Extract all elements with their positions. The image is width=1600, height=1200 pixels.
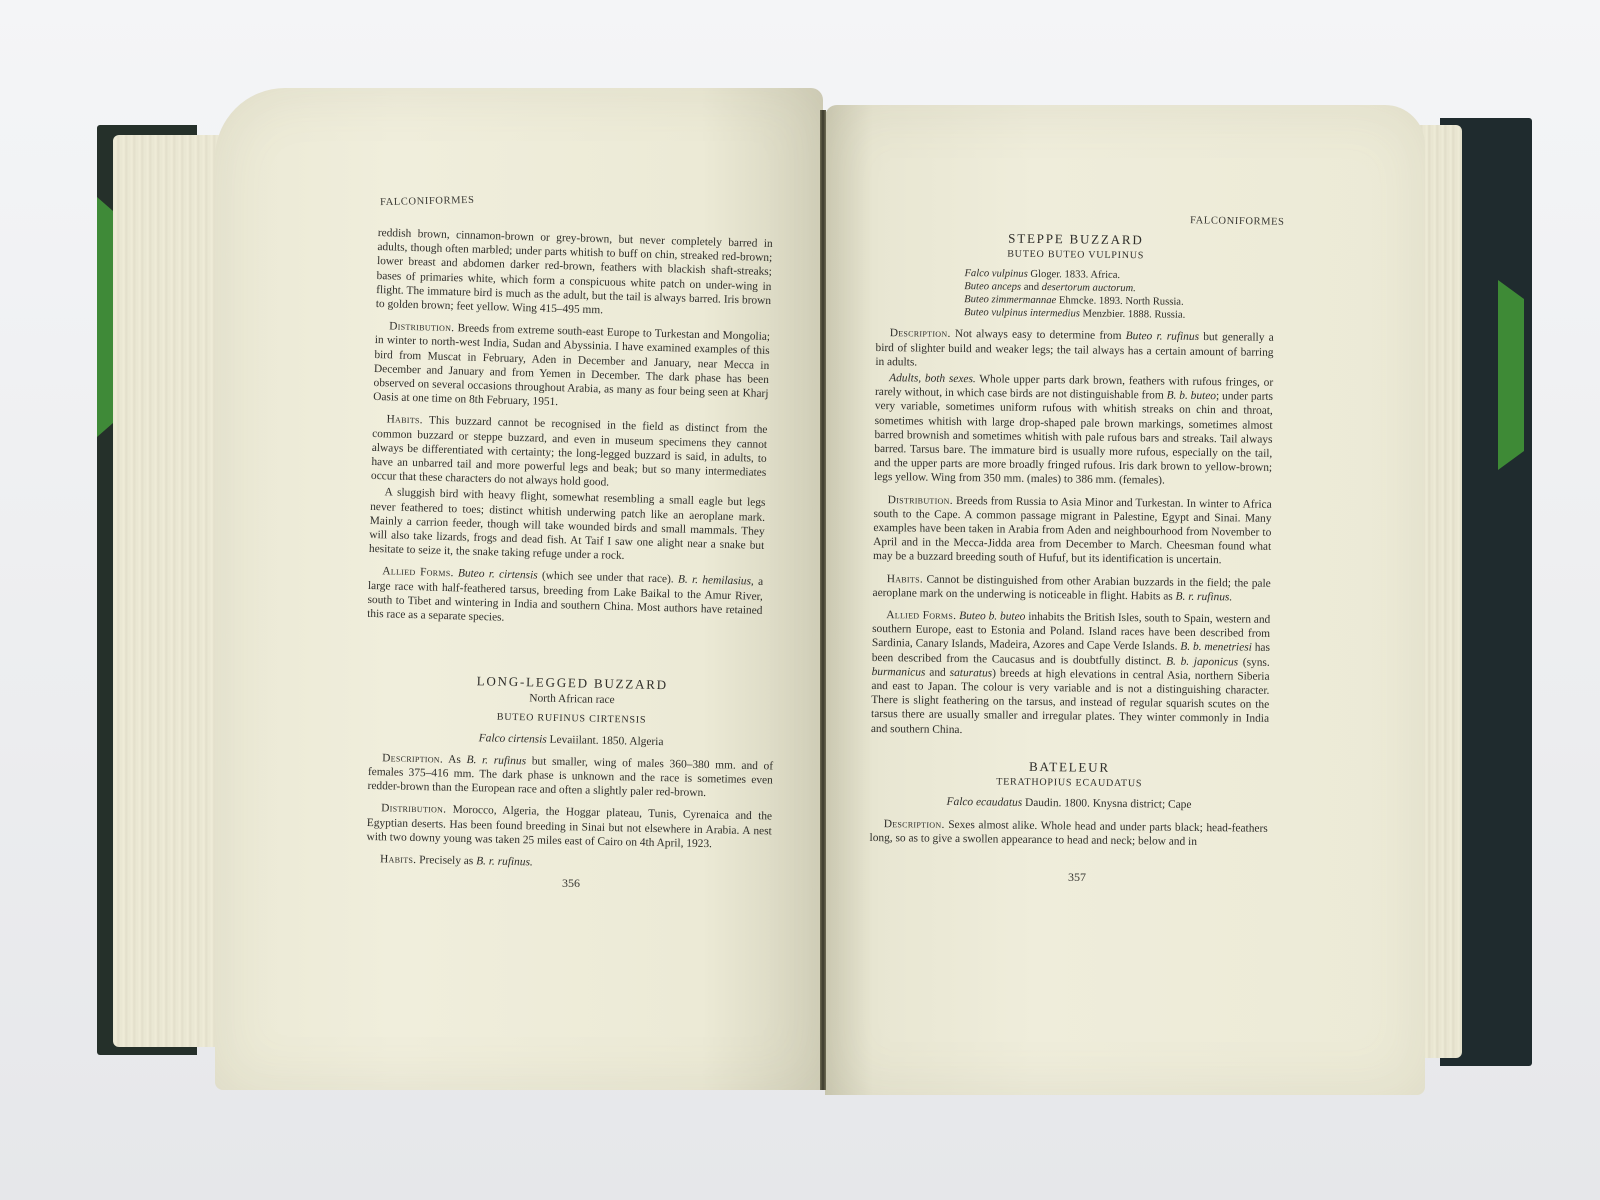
- description-paragraph-bateleur: Description. Sexes almost alike. Whole h…: [869, 816, 1267, 849]
- allied-forms-paragraph: Allied Forms. Buteo r. cirtensis (which …: [367, 564, 763, 632]
- book-gutter: [820, 110, 826, 1090]
- habits-paragraph: Habits. This buzzard cannot be recognise…: [371, 412, 768, 494]
- distribution-paragraph-2: Distribution. Morocco, Algeria, the Hogg…: [366, 801, 772, 852]
- left-page-body-top: reddish brown, cinnamon-brown or grey-br…: [367, 226, 773, 640]
- description-paragraph: Description. As B. r. rufinus but smalle…: [367, 751, 773, 802]
- distribution-paragraph: Distribution. Breeds from extreme south-…: [373, 319, 770, 415]
- distribution-paragraph-steppe: Distribution. Breeds from Russia to Asia…: [873, 493, 1272, 569]
- page-number-left: 356: [562, 876, 580, 891]
- scientific-name-bateleur: TERATHOPIUS ECAUDATUS: [870, 774, 1268, 793]
- spine-band-right: [1498, 280, 1524, 470]
- scientific-name-steppe: BUTEO BUTEO VULPINUS: [877, 246, 1275, 265]
- running-head-left: FALCONIFORMES: [380, 195, 475, 208]
- right-page-body: STEPPE BUZZARD BUTEO BUTEO VULPINUS Falc…: [869, 230, 1275, 858]
- scientific-name: BUTEO RUFINUS CIRTENSIS: [369, 708, 774, 731]
- page-number-right: 357: [1068, 870, 1086, 885]
- habits-paragraph-2: A sluggish bird with heavy flight, somew…: [369, 485, 766, 567]
- allied-forms-paragraph-steppe: Allied Forms. Buteo b. buteo inhabits th…: [871, 608, 1271, 741]
- label-distribution: Distribution.: [389, 321, 455, 335]
- running-head-right: FALCONIFORMES: [1190, 215, 1285, 228]
- label-allied-forms: Allied Forms.: [382, 566, 454, 580]
- habits-paragraph-steppe: Habits. Cannot be distinguished from oth…: [872, 572, 1270, 605]
- adults-paragraph: Adults, both sexes. Whole upper parts da…: [874, 371, 1273, 489]
- synonym-list: Falco vulpinus Gloger. 1833. Africa. But…: [876, 266, 1275, 323]
- habits-paragraph-3: Habits. Precisely as B. r. rufinus.: [366, 852, 771, 875]
- continuation-paragraph: reddish brown, cinnamon-brown or grey-br…: [376, 226, 773, 322]
- description-paragraph-steppe: Description. Not always easy to determin…: [875, 326, 1273, 373]
- label-habits: Habits.: [386, 414, 423, 427]
- synonym-line-bateleur: Falco ecaudatus Daudin. 1800. Knysna dis…: [870, 794, 1268, 813]
- left-page-body-bottom: LONG-LEGGED BUZZARD North African race B…: [366, 672, 775, 883]
- synonym-line: Falco cirtensis Levaiilant. 1850. Algeri…: [369, 729, 774, 752]
